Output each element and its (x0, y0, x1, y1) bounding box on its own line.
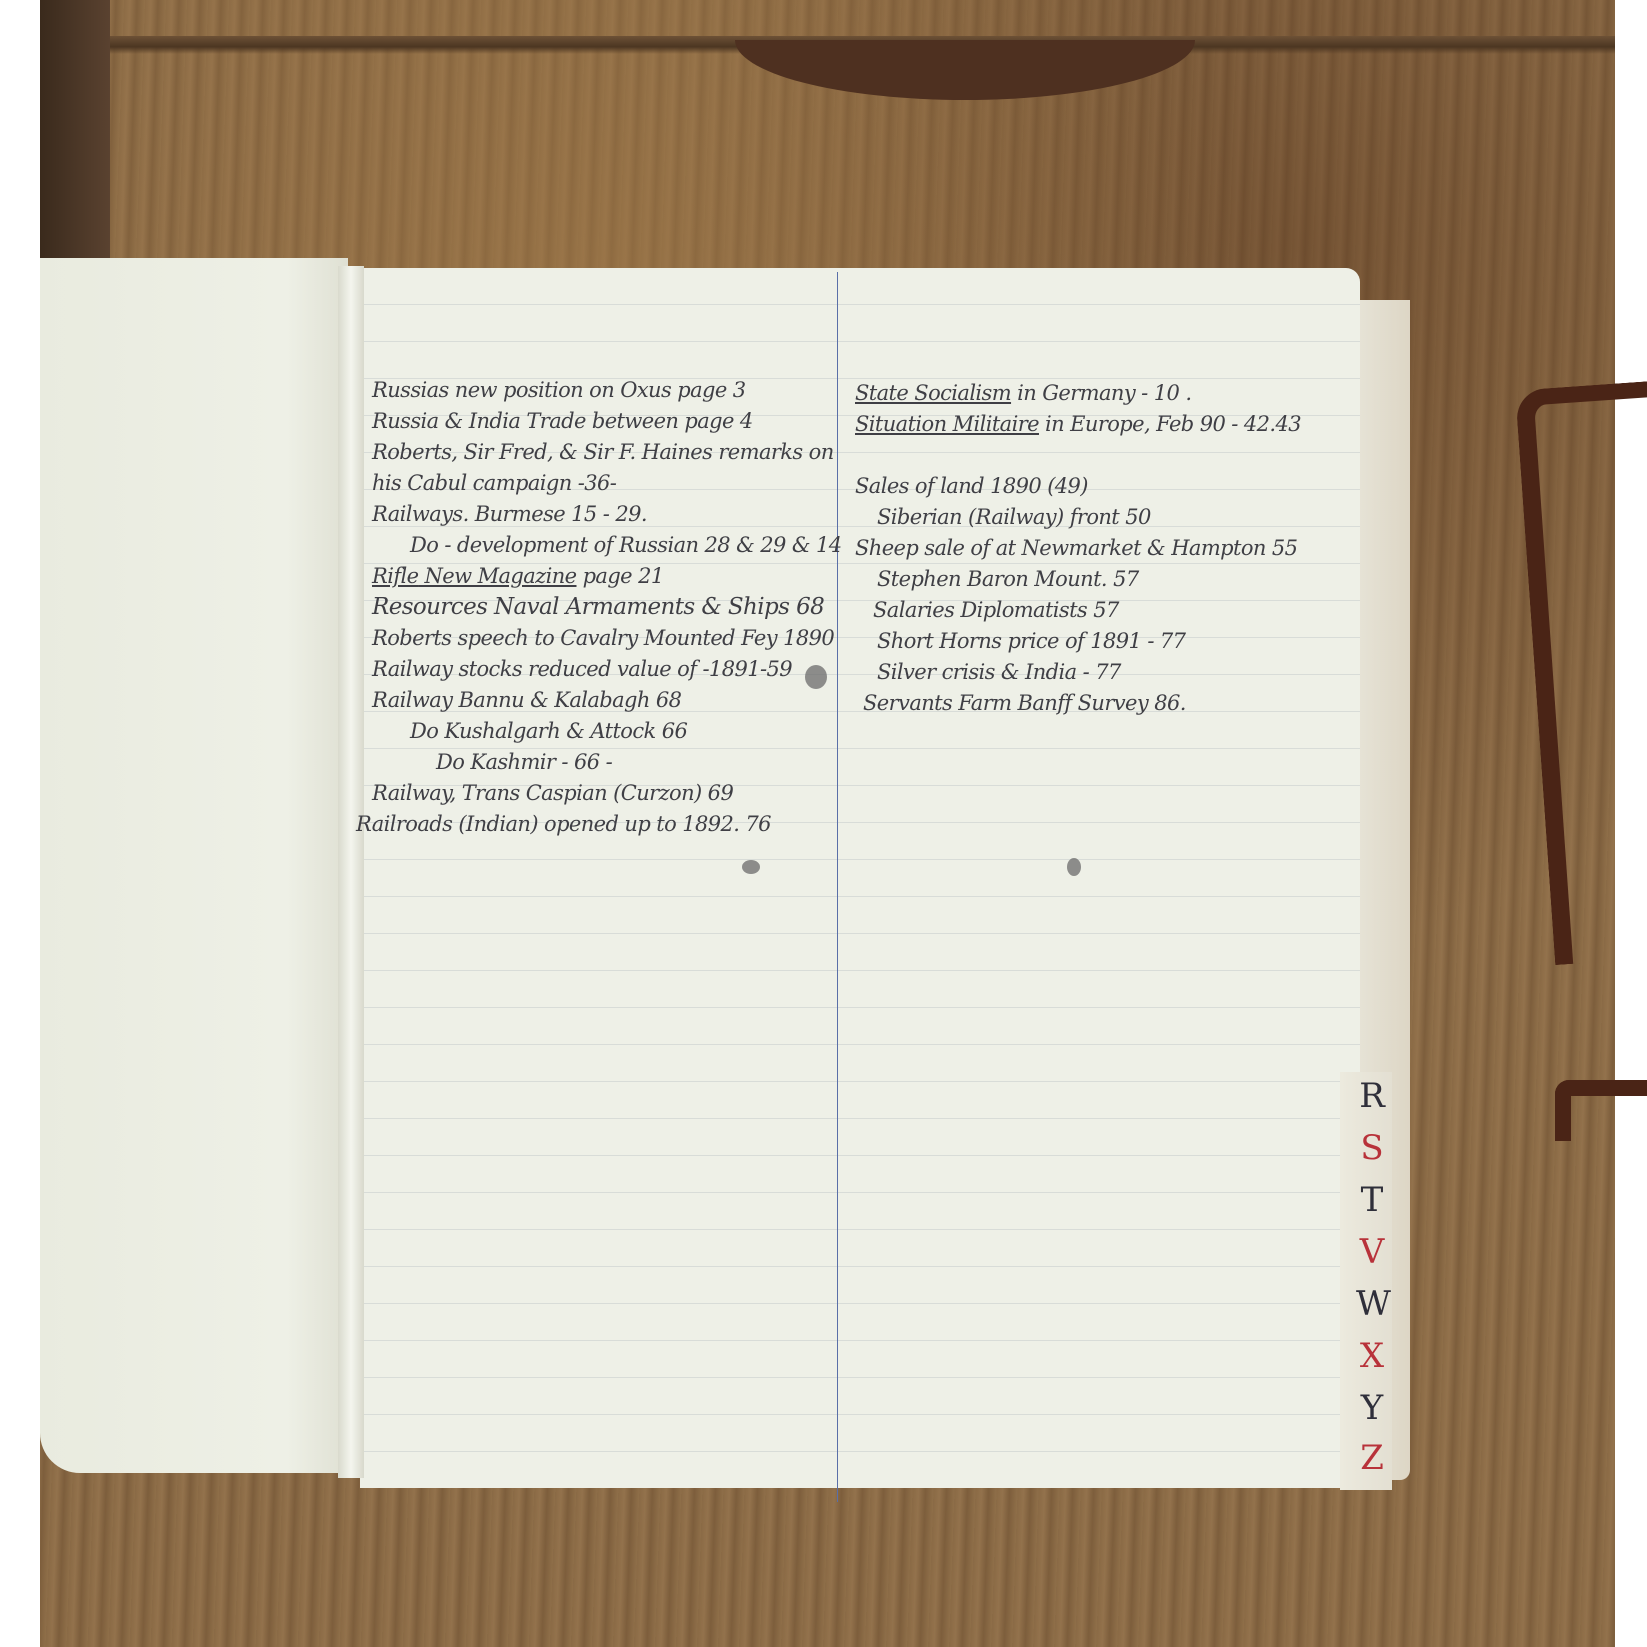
index-entry-heading: Situation Militaire (855, 412, 1039, 436)
index-entry: Railway Bannu & Kalabagh 68 (372, 685, 842, 716)
index-entry: Roberts speech to Cavalry Mounted Fey 18… (372, 623, 842, 654)
index-entry-page: page 21 (577, 564, 664, 588)
left-index-column: Russias new position on Oxus page 3 Russ… (372, 375, 842, 840)
index-entry: Roberts, Sir Fred, & Sir F. Haines remar… (372, 437, 842, 468)
tab-letter-r[interactable]: R (1356, 1076, 1388, 1116)
index-entry: his Cabul campaign -36- (372, 468, 842, 499)
index-entry-subheading: New Magazine (418, 564, 576, 588)
ink-blot (1067, 858, 1081, 876)
index-entry: Rifle New Magazine page 21 (372, 561, 842, 592)
book-gutter (338, 266, 364, 1478)
table-edge (40, 0, 110, 270)
index-entry: Do Kashmir - 66 - (372, 747, 842, 778)
index-entry: Resources Naval Armaments & Ships 68 (372, 592, 842, 623)
index-entry-blank (855, 440, 1335, 471)
index-entry: Russia & India Trade between page 4 (372, 406, 842, 437)
tab-letter-s[interactable]: S (1356, 1128, 1388, 1168)
index-entry-heading: State Socialism (855, 381, 1011, 405)
index-entry: Russias new position on Oxus page 3 (372, 375, 842, 406)
tab-letter-y[interactable]: Y (1356, 1388, 1388, 1428)
index-entry: Do - development of Russian 28 & 29 & 14 (372, 530, 842, 561)
index-entry: Stephen Baron Mount. 57 (855, 564, 1335, 595)
index-entry: State Socialism in Germany - 10 . (855, 378, 1335, 409)
eyeglasses-temple (1555, 1080, 1647, 1141)
index-entry: Railway, Trans Caspian (Curzon) 69 (372, 778, 842, 809)
index-entry: Short Horns price of 1891 - 77 (855, 626, 1335, 657)
index-entry: Railroads (Indian) opened up to 1892. 76 (356, 809, 842, 840)
ink-blot (742, 860, 760, 874)
index-entry: Situation Militaire in Europe, Feb 90 - … (855, 409, 1335, 440)
index-entry: Salaries Diplomatists 57 (855, 595, 1335, 626)
index-entry: Sheep sale of at Newmarket & Hampton 55 (855, 533, 1335, 564)
index-entry: Railway stocks reduced value of -1891-59 (372, 654, 842, 685)
index-entry: Railways. Burmese 15 - 29. (372, 499, 842, 530)
index-entry-heading: Rifle (372, 564, 418, 588)
index-entry: Do Kushalgarh & Attock 66 (372, 716, 842, 747)
index-entry: Servants Farm Banff Survey 86. (855, 688, 1335, 719)
index-entry-tail: in Europe, Feb 90 - 42.43 (1039, 412, 1301, 436)
alphabet-index-tabs: R S T V W X Y Z (1340, 1072, 1392, 1490)
tab-letter-v[interactable]: V (1356, 1232, 1388, 1272)
tab-letter-t[interactable]: T (1356, 1180, 1388, 1220)
tab-letter-x[interactable]: X (1356, 1336, 1388, 1376)
index-entry: Siberian (Railway) front 50 (855, 502, 1335, 533)
index-entry-tail: in Germany - 10 . (1011, 381, 1191, 405)
index-entry: Sales of land 1890 (49) (855, 471, 1335, 502)
left-blank-page (40, 258, 348, 1473)
right-index-column: State Socialism in Germany - 10 . Situat… (855, 378, 1335, 719)
index-entry: Silver crisis & India - 77 (855, 657, 1335, 688)
tab-letter-w[interactable]: W (1356, 1284, 1388, 1324)
tab-letter-z[interactable]: Z (1356, 1438, 1388, 1478)
